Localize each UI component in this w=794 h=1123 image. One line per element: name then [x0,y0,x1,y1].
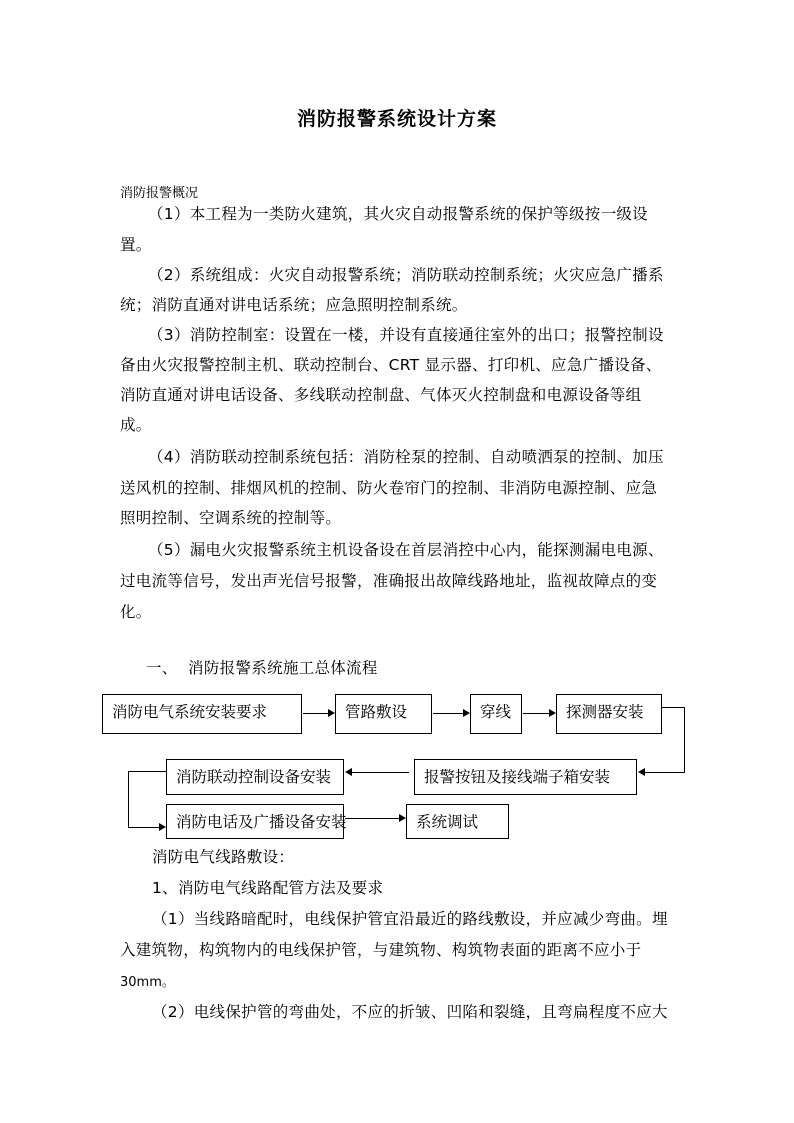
overview-line-4: 统；消防直通对讲电话系统；应急照明控制系统。 [120,293,468,315]
overview-line-6: 备由火灾报警控制主机、联动控制台、CRT 显示器、打印机、应急广播设备、 [120,353,662,375]
flow-connector [661,707,685,708]
overview-line-13: 过电流等信号，发出声光信号报警，准确报出故障线路地址，监视故障点的变 [120,569,657,591]
flow-connector [433,713,464,714]
section1-heading: 一、 消防报警系统施工总体流程 [146,656,378,678]
overview-line-12: （5）漏电火灾报警系统主机设备设在首层消控中心内，能探测漏电电源、 [148,538,664,560]
flow-box-install-requirements: 消防电气系统安装要求 [102,694,302,734]
flow-connector [128,827,160,828]
flow-connector [523,713,550,714]
overview-line-10: 送风机的控制、排烟风机的控制、防火卷帘门的控制、非消防电源控制、应急 [120,476,657,498]
overview-line-8: 成。 [120,413,152,435]
overview-heading: 消防报警概况 [120,182,198,201]
flow-connector [128,771,129,828]
wiring-line-4: （2）电线保护管的弯曲处，不应的折皱、凹陷和裂缝，且弯扁程度不应大 [152,1000,668,1022]
overview-line-3: （2）系统组成：火灾自动报警系统；消防联动控制系统；火灾应急广播系 [148,263,664,285]
flow-box-conduit-laying: 管路敷设 [335,694,432,734]
wiring-line-2: 入建筑物，构筑物内的电线保护管，与建筑物、构筑物表面的距离不应小于 [120,938,641,960]
arrow-right-icon [159,823,166,831]
arrow-right-icon [549,709,556,717]
wiring-heading: 消防电气线路敷设： [152,845,294,867]
flow-box-phone-broadcast-install: 消防电话及广播设备安装 [166,804,344,839]
wiring-subheading-1: 1、消防电气线路配管方法及要求 [152,876,383,898]
arrow-right-icon [328,709,335,717]
flow-box-linkage-control-install: 消防联动控制设备安装 [166,759,344,795]
wiring-line-3: 30mm。 [120,971,175,990]
flow-connector [351,772,409,773]
wiring-line-1: （1）当线路暗配时，电线保护管宜沿最近的路线敷设，并应减少弯曲。埋 [152,907,668,929]
overview-line-2: 置。 [120,233,152,255]
arrow-left-icon [638,768,645,776]
flow-connector [345,818,400,819]
overview-line-9: （4）消防联动控制系统包括：消防栓泵的控制、自动喷洒泵的控制、加压 [148,445,664,467]
overview-line-7: 消防直通对讲电话设备、多线联动控制盘、气体灭火控制盘和电源设备等组 [120,383,641,405]
flow-connector [645,772,685,773]
flow-box-wire-threading: 穿线 [470,694,522,734]
overview-line-11: 照明控制、空调系统的控制等。 [120,506,341,528]
overview-line-1: （1）本工程为一类防火建筑，其火灾自动报警系统的保护等级按一级设 [148,202,648,224]
flow-connector [128,771,166,772]
arrow-left-icon [345,768,352,776]
flow-connector [684,707,685,773]
document-title: 消防报警系统设计方案 [0,104,794,131]
overview-line-5: （3）消防控制室：设置在一楼，并设有直接通往室外的出口；报警控制设 [148,323,664,345]
flow-box-alarm-button-install: 报警按钮及接线端子箱安装 [414,759,637,795]
arrow-right-icon [399,814,406,822]
flow-box-detector-install: 探测器安装 [556,694,662,734]
arrow-right-icon [463,709,470,717]
flow-connector [303,713,329,714]
overview-line-14: 化。 [120,600,152,622]
flow-box-system-debug: 系统调试 [406,804,509,839]
